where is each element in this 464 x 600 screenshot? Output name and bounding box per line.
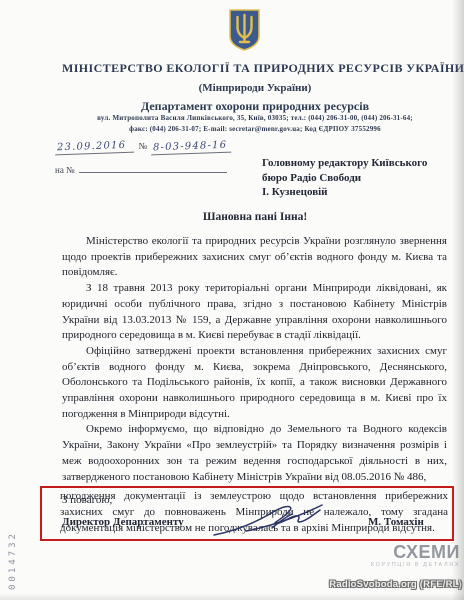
paragraph: Офіційно затверджені проекти встановленн… bbox=[62, 344, 447, 423]
signer-title: Директор Департаменту bbox=[62, 516, 184, 528]
number-sign: № bbox=[139, 141, 148, 151]
coat-of-arms-icon bbox=[228, 9, 261, 51]
valediction: З повагою, bbox=[62, 494, 112, 506]
recipient-block: Головному редактору Київського бюро Раді… bbox=[262, 156, 448, 200]
signer-name: М. Томахін bbox=[368, 516, 424, 528]
paragraph: Міністерство екології та природних ресур… bbox=[62, 234, 447, 281]
handwritten-signature bbox=[212, 502, 324, 540]
schemes-watermark: СХЕМИ КОРУПЦІЯ В ДЕТАЛЯХ bbox=[371, 543, 460, 568]
schemes-tagline: КОРУПЦІЯ В ДЕТАЛЯХ bbox=[371, 562, 460, 568]
schemes-logo: СХЕМИ bbox=[371, 543, 460, 561]
paragraph: Окремо інформуємо, що відповідно до Земе… bbox=[62, 422, 447, 485]
department-title: Департамент охорони природних ресурсів bbox=[62, 99, 448, 114]
reply-number-blank bbox=[79, 163, 227, 173]
reply-to-label: на № bbox=[55, 165, 75, 175]
address-line: вул. Митрополита Василя Липківського, 35… bbox=[62, 114, 448, 122]
reference-row: 23.09.2016 № 8-03-948-16 bbox=[55, 141, 245, 154]
recipient-line: Головному редактору Київського bbox=[262, 156, 448, 171]
scan-edge-shadow bbox=[452, 0, 464, 600]
ministry-title: МІНІСТЕРСТВО ЕКОЛОГІЇ ТА ПРИРОДНИХ РЕСУР… bbox=[62, 61, 448, 76]
outgoing-date-handwritten: 23.09.2016 bbox=[55, 140, 135, 156]
radiosvoboda-credit-watermark: RadioSvoboda.org (RFE/RL) bbox=[329, 579, 462, 590]
outgoing-number-handwritten: 8-03-948-16 bbox=[151, 140, 232, 156]
contacts-line: факс: (044) 206-31-07; E-mail: secretar@… bbox=[62, 125, 448, 133]
scan-edge-shadow-bottom bbox=[0, 593, 464, 600]
salutation: Шановна пані Інна! bbox=[62, 211, 448, 223]
reference-block: 23.09.2016 № 8-03-948-16 на № bbox=[55, 141, 245, 175]
scanned-letter-page: МІНІСТЕРСТВО ЕКОЛОГІЇ ТА ПРИРОДНИХ РЕСУР… bbox=[0, 0, 464, 600]
ministry-short-title: (Мінприроди України) bbox=[62, 82, 448, 94]
recipient-line: бюро Радіо Свободи bbox=[262, 171, 448, 186]
recipient-line: І. Кузнецовій bbox=[262, 185, 448, 200]
archive-number-stamp: 0014732 bbox=[8, 518, 18, 590]
letter-body: Міністерство екології та природних ресур… bbox=[62, 234, 447, 541]
reply-to-row: на № bbox=[55, 163, 245, 175]
paragraph: З 18 травня 2013 року територіальні орга… bbox=[62, 281, 447, 344]
